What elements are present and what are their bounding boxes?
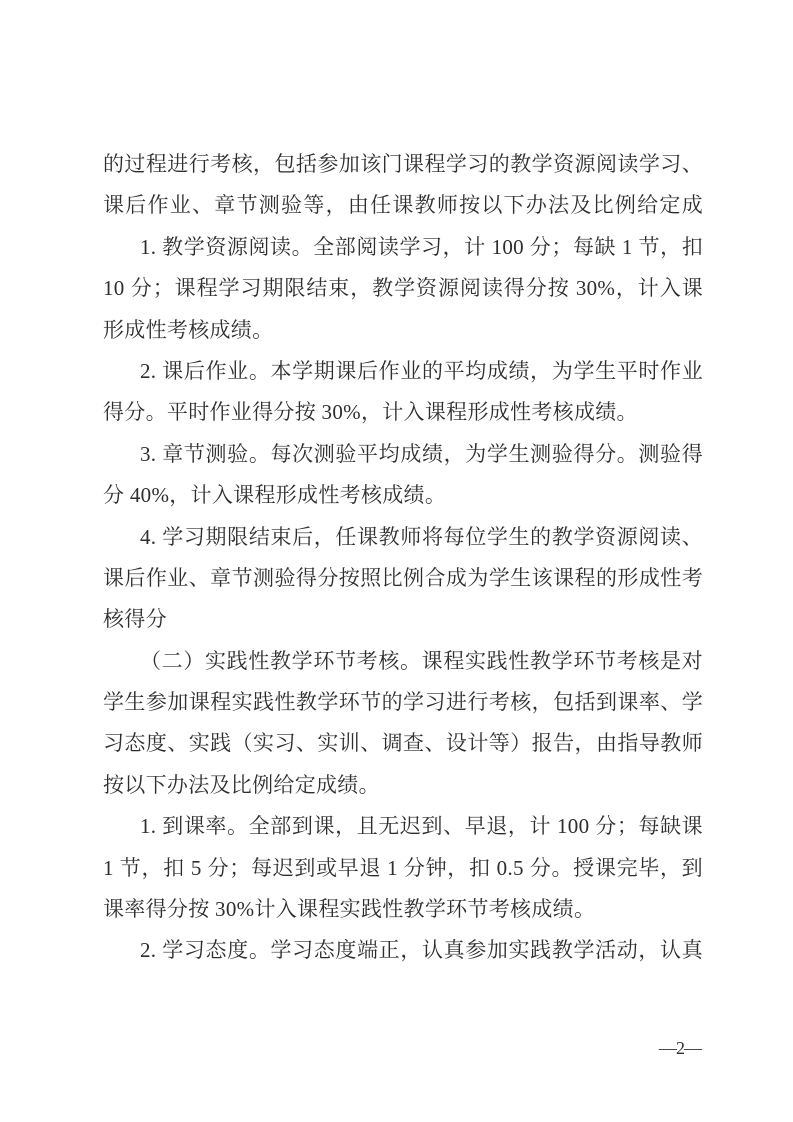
text-line: 课后作业、章节测验得分按照比例合成为学生该课程的形成性考 xyxy=(103,558,703,599)
text-line: 习态度、实践（实习、实训、调查、设计等）报告，由指导教师 xyxy=(103,723,703,764)
text-line: 3. 章节测验。每次测验平均成绩，为学生测验得分。测验得 xyxy=(103,434,703,475)
text-line: 2. 课后作业。本学期课后作业的平均成绩，为学生平时作业 xyxy=(103,351,703,392)
text-line: 得分。平时作业得分按 30%，计入课程形成性考核成绩。 xyxy=(103,392,703,433)
document-body: 的过程进行考核，包括参加该门课程学习的教学资源阅读学习、课后作业、章节测验等，由… xyxy=(103,144,703,972)
text-line: 1 节，扣 5 分；每迟到或早退 1 分钟，扣 0.5 分。授课完毕，到 xyxy=(103,848,703,889)
text-line: 1. 到课率。全部到课，且无迟到、早退，计 100 分；每缺课 xyxy=(103,806,703,847)
text-line: 形成性考核成绩。 xyxy=(103,310,703,351)
text-line: 核得分 xyxy=(103,599,703,640)
text-line: 10 分；课程学习期限结束，教学资源阅读得分按 30%，计入课程 xyxy=(103,268,703,309)
text-line: 按以下办法及比例给定成绩。 xyxy=(103,765,703,806)
document-page: 的过程进行考核，包括参加该门课程学习的教学资源阅读学习、课后作业、章节测验等，由… xyxy=(0,0,793,1122)
text-line: 课率得分按 30%计入课程实践性教学环节考核成绩。 xyxy=(103,889,703,930)
text-line: 2. 学习态度。学习态度端正，认真参加实践教学活动，认真 xyxy=(103,930,703,971)
text-line: 4. 学习期限结束后，任课教师将每位学生的教学资源阅读、 xyxy=(103,517,703,558)
text-line: 学生参加课程实践性教学环节的学习进行考核，包括到课率、学 xyxy=(103,682,703,723)
text-line: （二）实践性教学环节考核。课程实践性教学环节考核是对 xyxy=(103,641,703,682)
page-number: —2— xyxy=(650,1036,710,1060)
text-line: 1. 教学资源阅读。全部阅读学习，计 100 分；每缺 1 节，扣 xyxy=(103,227,703,268)
text-line: 分 40%，计入课程形成性考核成绩。 xyxy=(103,475,703,516)
text-line: 的过程进行考核，包括参加该门课程学习的教学资源阅读学习、 xyxy=(103,144,703,185)
text-line: 课后作业、章节测验等，由任课教师按以下办法及比例给定成绩。 xyxy=(103,185,703,226)
